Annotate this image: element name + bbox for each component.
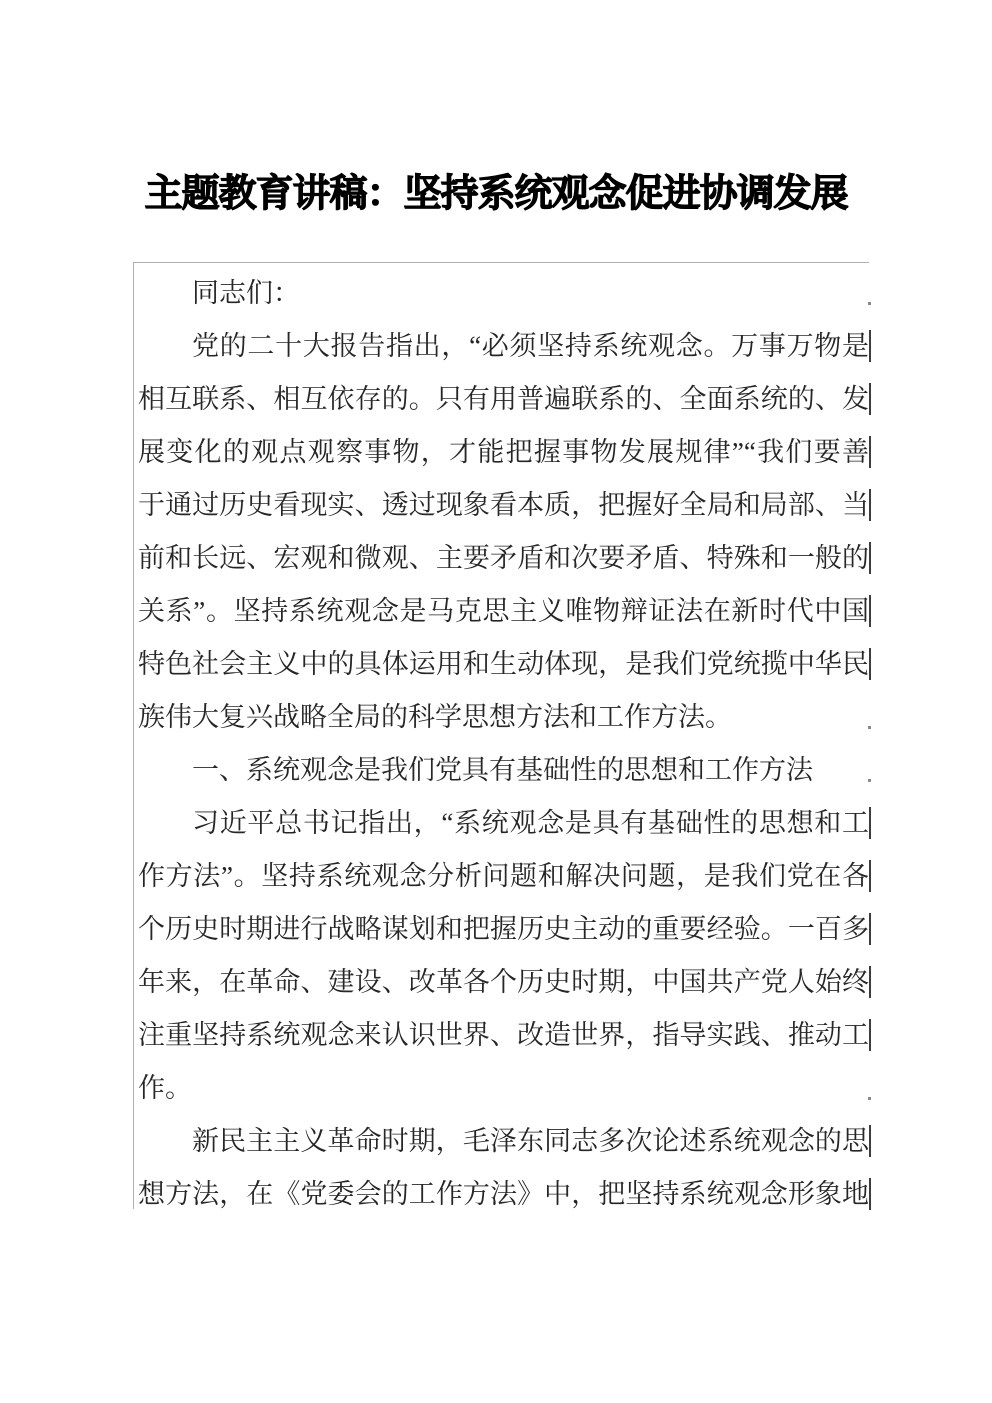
line-text: 作。 (138, 1073, 192, 1103)
line-text: 关系”。坚持系统观念是马克思主义唯物辩证法在新时代中国 (138, 596, 869, 626)
line-end-mark (869, 436, 871, 468)
text-line: 前和长远、宏观和微观、主要矛盾和次要矛盾、特殊和一般的 (138, 532, 869, 585)
line-end-mark (869, 330, 871, 362)
line-end-dot (868, 302, 871, 305)
line-end-mark (869, 595, 871, 627)
text-line: 特色社会主义中的具体运用和生动体现，是我们党统揽中华民 (138, 638, 869, 691)
section-heading-line: 一、系统观念是我们党具有基础性的思想和工作方法 (138, 744, 869, 797)
body-text-box[interactable]: 同志们： 党的二十大报告指出，“必须坚持系统观念。万事万物是 相互联系、相互依存… (133, 262, 869, 1209)
text-line: 作。 (138, 1062, 869, 1115)
line-text: 展变化的观点观察事物，才能把握事物发展规律”“我们要善 (138, 437, 869, 467)
text-line: 注重坚持系统观念来认识世界、改造世界，指导实践、推动工 (138, 1009, 869, 1062)
text-line: 于通过历史看现实、透过现象看本质，把握好全局和局部、当 (138, 479, 869, 532)
line-end-mark (869, 489, 871, 521)
text-line: 关系”。坚持系统观念是马克思主义唯物辩证法在新时代中国 (138, 585, 869, 638)
text-line: 想方法，在《党委会的工作方法》中，把坚持系统观念形象地 (138, 1168, 869, 1221)
line-end-dot (868, 779, 871, 782)
line-text: 族伟大复兴战略全局的科学思想方法和工作方法。 (138, 702, 732, 732)
line-end-mark (869, 860, 871, 892)
line-end-dot (868, 1097, 871, 1100)
line-text: 作方法”。坚持系统观念分析问题和解决问题，是我们党在各 (138, 861, 869, 891)
text-line: 作方法”。坚持系统观念分析问题和解决问题，是我们党在各 (138, 850, 869, 903)
line-text: 想方法，在《党委会的工作方法》中，把坚持系统观念形象地 (138, 1179, 869, 1209)
line-end-mark (869, 807, 871, 839)
line-text: 党的二十大报告指出，“必须坚持系统观念。万事万物是 (192, 331, 869, 361)
text-line: 习近平总书记指出，“系统观念是具有基础性的思想和工 (138, 797, 869, 850)
line-text: 相互联系、相互依存的。只有用普遍联系的、全面系统的、发 (138, 384, 869, 414)
line-text: 一、系统观念是我们党具有基础性的思想和工作方法 (192, 755, 813, 785)
text-line: 党的二十大报告指出，“必须坚持系统观念。万事万物是 (138, 320, 869, 373)
line-text: 个历史时期进行战略谋划和把握历史主动的重要经验。一百多 (138, 914, 869, 944)
text-line: 新民主主义革命时期，毛泽东同志多次论述系统观念的思 (138, 1115, 869, 1168)
line-end-mark (869, 966, 871, 998)
line-text: 于通过历史看现实、透过现象看本质，把握好全局和局部、当 (138, 490, 869, 520)
text-line: 年来，在革命、建设、改革各个历史时期，中国共产党人始终 (138, 956, 869, 1009)
line-text: 新民主主义革命时期，毛泽东同志多次论述系统观念的思 (192, 1126, 869, 1156)
line-text: 同志们： (192, 278, 300, 308)
line-end-mark (869, 1178, 871, 1210)
line-text: 年来，在革命、建设、改革各个历史时期，中国共产党人始终 (138, 967, 869, 997)
line-end-mark (869, 542, 871, 574)
line-end-mark (869, 1125, 871, 1157)
line-text: 注重坚持系统观念来认识世界、改造世界，指导实践、推动工 (138, 1020, 869, 1050)
line-text: 前和长远、宏观和微观、主要矛盾和次要矛盾、特殊和一般的 (138, 543, 869, 573)
line-end-mark (869, 1019, 871, 1051)
line-end-mark (869, 383, 871, 415)
text-line: 个历史时期进行战略谋划和把握历史主动的重要经验。一百多 (138, 903, 869, 956)
line-text: 特色社会主义中的具体运用和生动体现，是我们党统揽中华民 (138, 649, 869, 679)
text-line: 展变化的观点观察事物，才能把握事物发展规律”“我们要善 (138, 426, 869, 479)
document-title: 主题教育讲稿：坚持系统观念促进协调发展 (0, 162, 992, 217)
line-end-mark (869, 913, 871, 945)
line-end-mark (869, 648, 871, 680)
text-line: 族伟大复兴战略全局的科学思想方法和工作方法。 (138, 691, 869, 744)
text-line: 相互联系、相互依存的。只有用普遍联系的、全面系统的、发 (138, 373, 869, 426)
line-end-dot (868, 726, 871, 729)
line-text: 习近平总书记指出，“系统观念是具有基础性的思想和工 (192, 808, 869, 838)
text-line: 同志们： (138, 267, 869, 320)
document-page: 主题教育讲稿：坚持系统观念促进协调发展 同志们： 党的二十大报告指出，“必须坚持… (0, 0, 992, 1403)
